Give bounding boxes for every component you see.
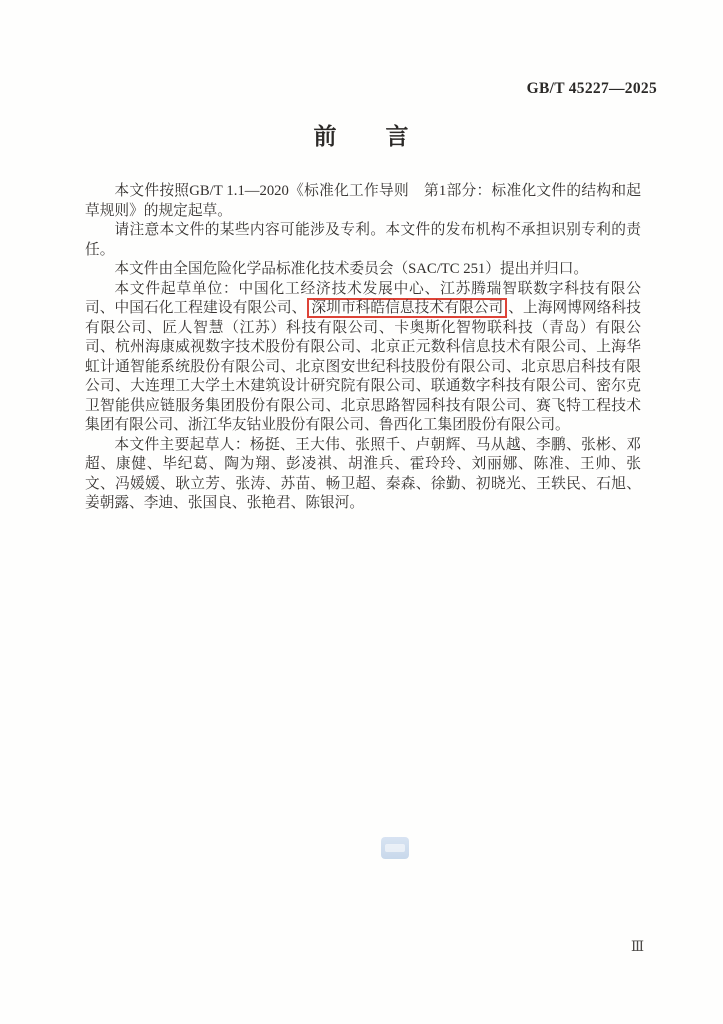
watermark-logo <box>381 837 409 859</box>
paragraph-committee: 本文件由全国危险化学品标准化技术委员会（SAC/TC 251）提出并归口。 <box>85 260 641 280</box>
foreword-body: 本文件按照GB/T 1.1—2020《标准化工作导则 第1部分：标准化文件的结构… <box>85 182 641 514</box>
paragraph-patent-notice: 请注意本文件的某些内容可能涉及专利。本文件的发布机构不承担识别专利的责任。 <box>85 221 641 260</box>
document-page: GB/T 45227—2025 前 言 本文件按照GB/T 1.1—2020《标… <box>0 0 723 1024</box>
paragraph-drafting-organizations: 本文件起草单位：中国化工经济技术发展中心、江苏腾瑞智联数字科技有限公司、中国石化… <box>85 280 641 436</box>
orgs-after-highlight: 、上海网博网络科技有限公司、匠人智慧（江苏）科技有限公司、卡奥斯化智物联科技（青… <box>85 300 641 433</box>
page-title: 前 言 <box>0 118 723 151</box>
paragraph-drafters: 本文件主要起草人：杨挺、王大伟、张照千、卢朝辉、马从越、李鹏、张彬、邓超、康健、… <box>85 436 641 514</box>
standard-number: GB/T 45227—2025 <box>527 80 657 98</box>
paragraph-drafting-basis: 本文件按照GB/T 1.1—2020《标准化工作导则 第1部分：标准化文件的结构… <box>85 182 641 221</box>
highlighted-company: 深圳市科皓信息技术有限公司 <box>307 298 507 318</box>
page-number: Ⅲ <box>631 939 644 955</box>
